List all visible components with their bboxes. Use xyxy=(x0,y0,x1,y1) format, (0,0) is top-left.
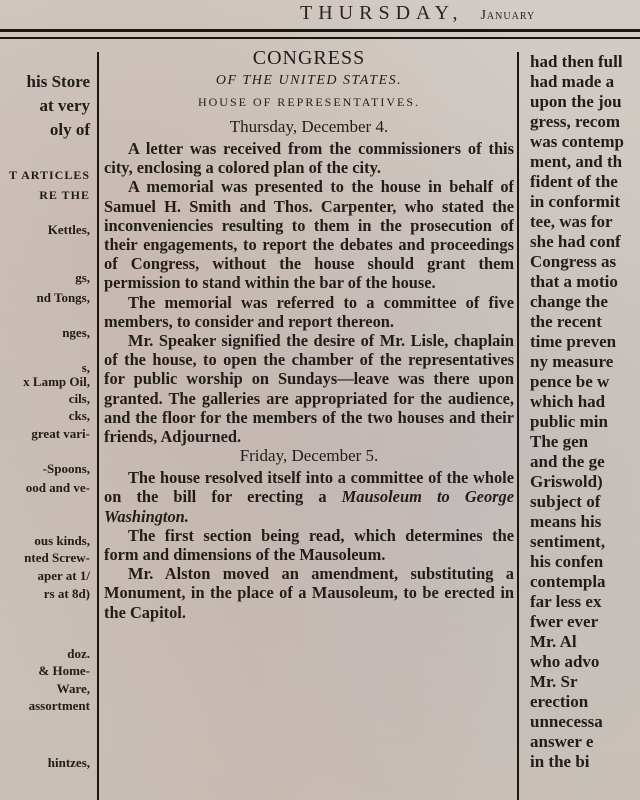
right-column-line: time preven xyxy=(530,332,616,352)
right-column-line: public min xyxy=(530,412,608,432)
left-column-line: his Store xyxy=(27,72,90,92)
right-column-line: in the bi xyxy=(530,752,590,772)
right-column-line: subject of xyxy=(530,492,600,512)
right-column-line: answer e xyxy=(530,732,593,752)
left-column-line: ood and ve- xyxy=(26,480,90,496)
right-column-line: she had conf xyxy=(530,232,621,252)
right-column-line: Mr. Sr xyxy=(530,672,578,692)
right-column-line: ment, and th xyxy=(530,152,622,172)
masthead-rule-thick xyxy=(0,29,640,32)
right-column-line: tee, was for xyxy=(530,212,613,232)
right-column-line: the recent xyxy=(530,312,602,332)
right-column-line: The gen xyxy=(530,432,588,452)
date-heading-thursday: Thursday, December 4. xyxy=(104,117,514,139)
masthead-rule-thin xyxy=(0,37,640,39)
chamber-heading: HOUSE OF REPRESENTATIVES. xyxy=(104,95,514,117)
right-column-line: change the xyxy=(530,292,608,312)
left-column-line: cks, xyxy=(69,408,90,424)
right-column-line: fident of the xyxy=(530,172,618,192)
left-column-line: T ARTICLES xyxy=(9,168,90,183)
paragraph-mausoleum-bill: The house resolved itself into a committ… xyxy=(104,468,514,526)
right-column-line: who advo xyxy=(530,652,599,672)
right-column-line: that a motio xyxy=(530,272,618,292)
right-column-line: fwer ever xyxy=(530,612,598,632)
left-column-line: great vari- xyxy=(31,426,90,442)
left-column-line: cils, xyxy=(69,391,90,407)
paragraph-speaker: Mr. Speaker signified the desire of Mr. … xyxy=(104,331,514,446)
right-column-line: upon the jou xyxy=(530,92,622,112)
right-column-continuation: had then fullhad made aupon the jougress… xyxy=(526,44,640,800)
right-column-line: erection xyxy=(530,692,588,712)
left-column-line: nges, xyxy=(62,325,90,341)
left-column-line: x Lamp Oil, xyxy=(23,374,90,390)
right-column-line: sentiment, xyxy=(530,532,605,552)
section-subheading: OF THE UNITED STATES. xyxy=(104,73,514,95)
column-rule-right xyxy=(517,52,519,800)
left-column-line: aper at 1/ xyxy=(38,568,90,584)
masthead-month: January xyxy=(480,8,535,23)
right-column-line: was contemp xyxy=(530,132,624,152)
right-column-line: his confen xyxy=(530,552,603,572)
right-column-line: unnecessa xyxy=(530,712,603,732)
right-column-line: contempla xyxy=(530,572,606,592)
left-column-line: rs at 8d) xyxy=(44,586,90,602)
paragraph-first-section: The first section being read, which dete… xyxy=(104,526,514,564)
paragraph-memorial: A memorial was presented to the house in… xyxy=(104,177,514,292)
column-rule-left xyxy=(97,52,99,800)
left-column-line: nted Screw- xyxy=(24,550,90,566)
left-column-line: ous kinds, xyxy=(34,533,90,549)
right-column-line: Griswold) xyxy=(530,472,603,492)
right-column-line: pence be w xyxy=(530,372,609,392)
right-column-line: means his xyxy=(530,512,601,532)
left-column-line: assortment xyxy=(29,698,90,714)
right-column-line: and the ge xyxy=(530,452,605,472)
right-column-line: Congress as xyxy=(530,252,616,272)
right-column-line: gress, recom xyxy=(530,112,620,132)
left-column-line: at very xyxy=(39,96,90,116)
masthead-day: THURSDAY, xyxy=(300,2,463,24)
right-column-line: had then full xyxy=(530,52,623,72)
section-heading: CONGRESS xyxy=(104,47,514,73)
left-column-line: oly of xyxy=(50,120,90,140)
left-column-line: -Spoons, xyxy=(43,461,90,477)
left-column-advertisement: his Storeat veryoly ofT ARTICLESRE THEKe… xyxy=(0,44,94,800)
center-column-congress-report: CONGRESS OF THE UNITED STATES. HOUSE OF … xyxy=(104,44,514,800)
left-column-line: hintzes, xyxy=(48,755,90,771)
left-column-line: nd Tongs, xyxy=(37,290,91,306)
right-column-line: Mr. Al xyxy=(530,632,577,652)
left-column-line: gs, xyxy=(75,270,90,286)
left-column-line: Ware, xyxy=(57,681,90,697)
left-column-line: & Home- xyxy=(38,663,90,679)
left-column-line: Kettles, xyxy=(48,222,90,238)
right-column-line: had made a xyxy=(530,72,614,92)
right-column-line: which had xyxy=(530,392,605,412)
date-heading-friday: Friday, December 5. xyxy=(104,446,514,468)
right-column-line: in conformit xyxy=(530,192,620,212)
paragraph-committee: The memorial was referred to a committee… xyxy=(104,293,514,331)
paragraph-letter: A letter was received from the commissio… xyxy=(104,139,514,177)
right-column-line: far less ex xyxy=(530,592,601,612)
right-column-line: ny measure xyxy=(530,352,613,372)
left-column-line: RE THE xyxy=(39,188,90,203)
left-column-line: doz. xyxy=(67,646,90,662)
masthead: THURSDAY, January xyxy=(300,2,535,25)
paragraph-alston-amendment: Mr. Alston moved an amendment, substitut… xyxy=(104,564,514,622)
